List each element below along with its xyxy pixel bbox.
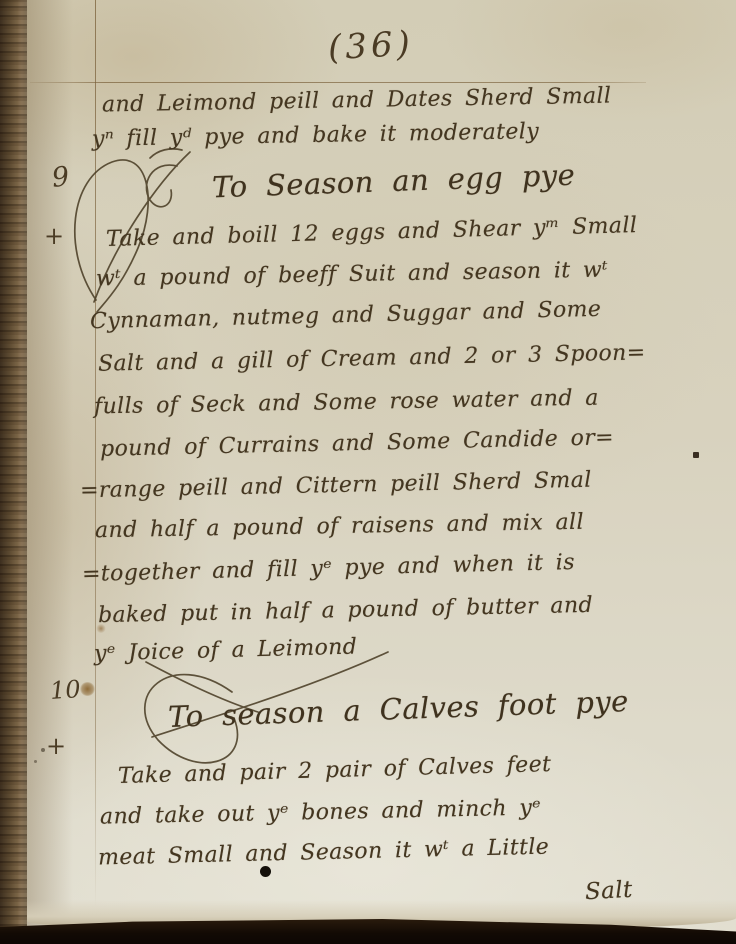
- manuscript-line: Cynnaman, nutmeg and Suggar and Some: [90, 297, 602, 334]
- manuscript-line: pound of Currains and Some Candide or=: [100, 425, 614, 462]
- margin-number: 9: [50, 161, 70, 194]
- recipe-heading: To Season an egg pye: [212, 158, 576, 205]
- manuscript-line: fulls of Seck and Some rose water and a: [94, 386, 599, 420]
- manuscript-line: Take and boill 12 eggs and Shear yᵐ Smal…: [106, 213, 638, 252]
- manuscript-line: wᵗ a pound of beeff Suit and season it w…: [96, 258, 608, 292]
- manuscript-page: (36) 9 + 10 + and Leimond peill and Date…: [0, 0, 736, 944]
- book-binding-edge: [0, 0, 27, 944]
- manuscript-line: meat Small and Season it wᵗ a Little: [98, 834, 550, 870]
- catchword: Salt: [584, 877, 633, 905]
- gutter-shadow: [27, 0, 73, 944]
- manuscript-line: Salt and a gill of Cream and 2 or 3 Spoo…: [98, 340, 646, 376]
- manuscript-line: yⁿ fill yᵈ pye and bake it moderately: [92, 119, 539, 152]
- ink-speck: [41, 748, 45, 752]
- margin-cross-mark: +: [44, 222, 64, 250]
- ink-dot-margin: [693, 452, 699, 458]
- manuscript-line: and Leimond peill and Dates Sherd Small: [102, 84, 612, 118]
- manuscript-line: and take out yᵉ bones and minch yᵉ: [100, 795, 542, 829]
- rust-stain: [80, 682, 95, 696]
- margin-cross-mark: +: [46, 732, 66, 760]
- margin-number: 10: [49, 675, 81, 705]
- recipe-heading: To season a Calves foot pye: [168, 684, 630, 734]
- manuscript-line: and half a pound of raisens and mix all: [95, 510, 584, 544]
- manuscript-line: =range peill and Cittern peill Sherd Sma…: [80, 468, 592, 504]
- manuscript-line: Take and pair 2 pair of Calves feet: [118, 752, 552, 789]
- manuscript-line: baked put in half a pound of butter and: [98, 593, 593, 628]
- ink-blot: [260, 866, 271, 877]
- manuscript-line: yᵉ Joice of a Leimond: [94, 635, 358, 667]
- page-number: (36): [327, 24, 415, 68]
- margin-rule-horizontal: [30, 82, 646, 83]
- manuscript-line: =together and fill yᵉ pye and when it is: [82, 550, 575, 587]
- ink-speck: [34, 760, 37, 763]
